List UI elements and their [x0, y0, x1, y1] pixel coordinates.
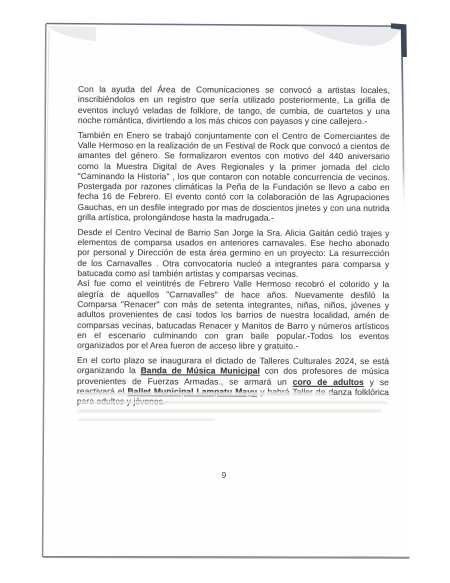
page-number: 9	[44, 471, 404, 480]
paragraph: Con la ayuda del Área de Comunicaciones …	[78, 84, 390, 126]
paragraph: Desde el Centro Vecinal de Barrio San Jo…	[77, 227, 389, 280]
document-text: Con la ayuda del Área de Comunicaciones …	[77, 84, 390, 412]
bleed-through-line	[78, 401, 388, 405]
body-text: Desde el Centro Vecinal de Barrio San Jo…	[77, 227, 389, 279]
paragraph: También en Enero se trabajó conjuntament…	[78, 130, 390, 224]
bleed-through-line	[78, 418, 215, 422]
body-text: También en Enero se trabajó conjuntament…	[78, 130, 390, 223]
bleed-through-text	[78, 392, 390, 426]
bleed-through-line	[78, 392, 333, 396]
bleed-through-line	[78, 409, 381, 413]
emphasized-text: coro de adultos	[293, 376, 364, 386]
body-text: Con la ayuda del Área de Comunicaciones …	[78, 84, 390, 126]
document-page: Con la ayuda del Área de Comunicaciones …	[44, 23, 404, 558]
body-text: Así fue como el veintitrés de Febrero Va…	[77, 278, 389, 351]
emphasized-text: Banda de Música Municipal	[141, 365, 260, 375]
scanned-document: Con la ayuda del Área de Comunicaciones …	[0, 0, 450, 583]
paragraph: Así fue como el veintitrés de Febrero Va…	[77, 278, 389, 351]
